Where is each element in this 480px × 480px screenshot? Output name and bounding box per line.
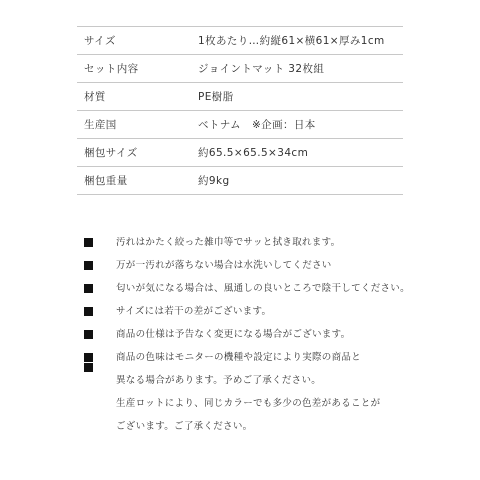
note-text: 汚れはかたく絞った雑巾等でサッと拭き取れます。 <box>116 233 340 252</box>
note-text: 商品の色味はモニターの機種や設定により実際の商品と <box>116 348 361 367</box>
spec-row-material: 材質 PE樹脂 <box>77 83 403 111</box>
note-item: 商品の色味はモニターの機種や設定により実際の商品と <box>84 348 444 371</box>
notes-list: 汚れはかたく絞った雑巾等でサッと拭き取れます。 万が一汚れが落ちない場合は水洗い… <box>84 233 444 440</box>
note-item: 商品の仕様は予告なく変更になる場合がございます。 <box>84 325 444 348</box>
note-continuation: 生産ロットにより、同じカラーでも多少の色差があることが <box>84 394 444 417</box>
spec-row-set-contents: セット内容 ジョイントマット 32枚組 <box>77 55 403 83</box>
spec-label: 梱包重量 <box>77 173 198 188</box>
note-item: 匂いが気になる場合は、風通しの良いところで陰干してください。 <box>84 279 444 302</box>
square-bullet-icon <box>84 284 93 293</box>
square-bullet-icon <box>84 261 93 270</box>
square-bullet-icon <box>84 238 93 247</box>
note-item: サイズには若干の差がございます。 <box>84 302 444 325</box>
note-item: 汚れはかたく絞った雑巾等でサッと拭き取れます。 <box>84 233 444 256</box>
note-continuation: ございます。ご了承ください。 <box>84 417 444 440</box>
spec-row-size: サイズ 1枚あたり…約縦61×横61×厚み1cm <box>77 27 403 55</box>
spec-value: ベトナム ※企画：日本 <box>198 117 403 132</box>
spec-label: サイズ <box>77 33 198 48</box>
note-text: 万が一汚れが落ちない場合は水洗いしてください <box>116 256 332 275</box>
note-item: 万が一汚れが落ちない場合は水洗いしてください <box>84 256 444 279</box>
spec-row-origin: 生産国 ベトナム ※企画：日本 <box>77 111 403 139</box>
spec-table: サイズ 1枚あたり…約縦61×横61×厚み1cm セット内容 ジョイントマット … <box>77 26 403 195</box>
spec-value: 1枚あたり…約縦61×横61×厚み1cm <box>198 33 403 48</box>
spec-row-package-size: 梱包サイズ 約65.5×65.5×34cm <box>77 139 403 167</box>
spec-label: セット内容 <box>77 61 198 76</box>
square-bullet-icon <box>84 330 93 339</box>
square-bullet-icon <box>84 353 93 372</box>
note-text: 商品の仕様は予告なく変更になる場合がございます。 <box>116 325 350 344</box>
spec-value: ジョイントマット 32枚組 <box>198 61 403 76</box>
spec-label: 生産国 <box>77 117 198 132</box>
note-text: サイズには若干の差がございます。 <box>116 302 271 321</box>
note-continuation: 異なる場合があります。予めご了承ください。 <box>84 371 444 394</box>
spec-label: 材質 <box>77 89 198 104</box>
square-bullet-icon <box>84 307 93 316</box>
spec-value: 約9kg <box>198 173 403 188</box>
spec-value: PE樹脂 <box>198 89 403 104</box>
spec-value: 約65.5×65.5×34cm <box>198 145 403 160</box>
spec-label: 梱包サイズ <box>77 145 198 160</box>
note-text: 匂いが気になる場合は、風通しの良いところで陰干してください。 <box>116 279 410 298</box>
spec-row-package-weight: 梱包重量 約9kg <box>77 167 403 195</box>
